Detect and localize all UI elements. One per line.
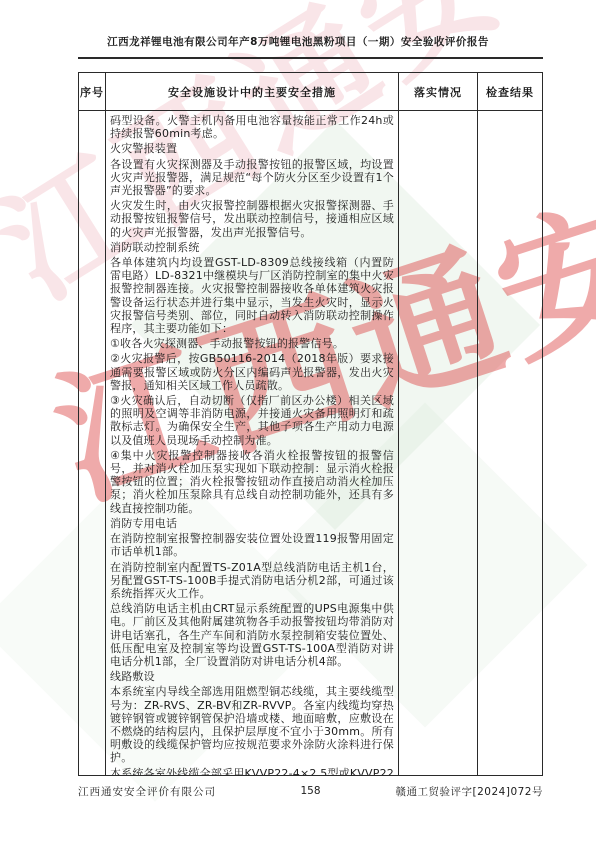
table-body-row: 码型设备。火警主机内备用电池容量按能正常工作24h或持续报警60min考虑。火灾… [79, 111, 542, 775]
footer-page-number: 158 [281, 785, 341, 797]
cell-measures: 码型设备。火警主机内备用电池容量按能正常工作24h或持续报警60min考虑。火灾… [106, 111, 399, 775]
page-footer: 江西通安安全评价有限公司 158 赣通工贸验评字[2024]072号 [78, 783, 543, 799]
measure-paragraph: 各单体建筑内均设置GST-LD-8309总线接线箱（内置防雷电路）LD-8321… [110, 256, 394, 335]
measure-paragraph: 线路敷设 [110, 670, 394, 683]
measure-paragraph: 本系统室内导线全部选用阻燃型铜芯线缆，其主要线缆型号为：ZR-RVS、ZR-BV… [110, 685, 394, 764]
measure-paragraph: 码型设备。火警主机内备用电池容量按能正常工作24h或持续报警60min考虑。 [110, 114, 394, 140]
measure-paragraph: 消防联动控制系统 [110, 241, 394, 254]
footer-doc-number: 赣通工贸验评字[2024]072号 [341, 784, 544, 799]
column-header-implementation: 落实情况 [399, 73, 478, 110]
measure-paragraph: 各设置有火灾探测器及手动报警按钮的报警区域，均设置火灾声光报警器，满足规范“每个… [110, 158, 394, 198]
measure-paragraph: ④集中火灾报警控制器接收各消火栓报警按钮的报警信号，并对消火栓加压泵实现如下联动… [110, 449, 394, 515]
column-header-measures: 安全设施设计中的主要安全措施 [106, 73, 399, 110]
measure-paragraph: 消防专用电话 [110, 517, 394, 530]
table-header-row: 序号 安全设施设计中的主要安全措施 落实情况 检查结果 [79, 73, 542, 111]
column-header-seq: 序号 [79, 73, 106, 110]
measure-paragraph: 本系统各室外线缆全部采用KVVP22-4×2.5型或KVVP22-5× [110, 767, 394, 775]
cell-seq [79, 111, 106, 775]
measure-paragraph: 在消防控制室内配置TS-Z01A型总线消防电话主机1台，另配置GST-TS-10… [110, 561, 394, 601]
footer-company: 江西通安安全评价有限公司 [78, 784, 281, 799]
measure-paragraph: 总线消防电话主机由CRT显示系统配置的UPS电源集中供电。厂前区及其他附属建筑物… [110, 602, 394, 668]
column-header-result: 检查结果 [478, 73, 542, 110]
header-rule [78, 57, 543, 59]
measure-paragraph: 火灾发生时，由火灾报警控制器根据火灾报警探测器、手动报警按钮报警信号，发出联动控… [110, 199, 394, 239]
measure-paragraph: ②火灾报警后，按GB50116-2014（2018年版）要求接通需要报警区域或防… [110, 352, 394, 392]
measure-paragraph: 火灾警报装置 [110, 142, 394, 155]
measure-paragraph: ①收各火灾探测器、手动报警按钮的报警信号。 [110, 337, 394, 350]
cell-implementation [399, 111, 478, 775]
safety-measures-table: 序号 安全设施设计中的主要安全措施 落实情况 检查结果 码型设备。火警主机内备用… [78, 72, 543, 776]
measure-paragraph: 在消防控制室报警控制器安装位置处设置119报警用固定市话单机1部。 [110, 532, 394, 558]
page-header-title: 江西龙祥锂电池有限公司年产8万吨锂电池黑粉项目（一期）安全验收评价报告 [48, 34, 548, 49]
measure-paragraph: ③火灾确认后，自动切断（仅指厂前区办公楼）相关区域的照明及空调等非消防电源，并接… [110, 394, 394, 447]
cell-result [478, 111, 542, 775]
